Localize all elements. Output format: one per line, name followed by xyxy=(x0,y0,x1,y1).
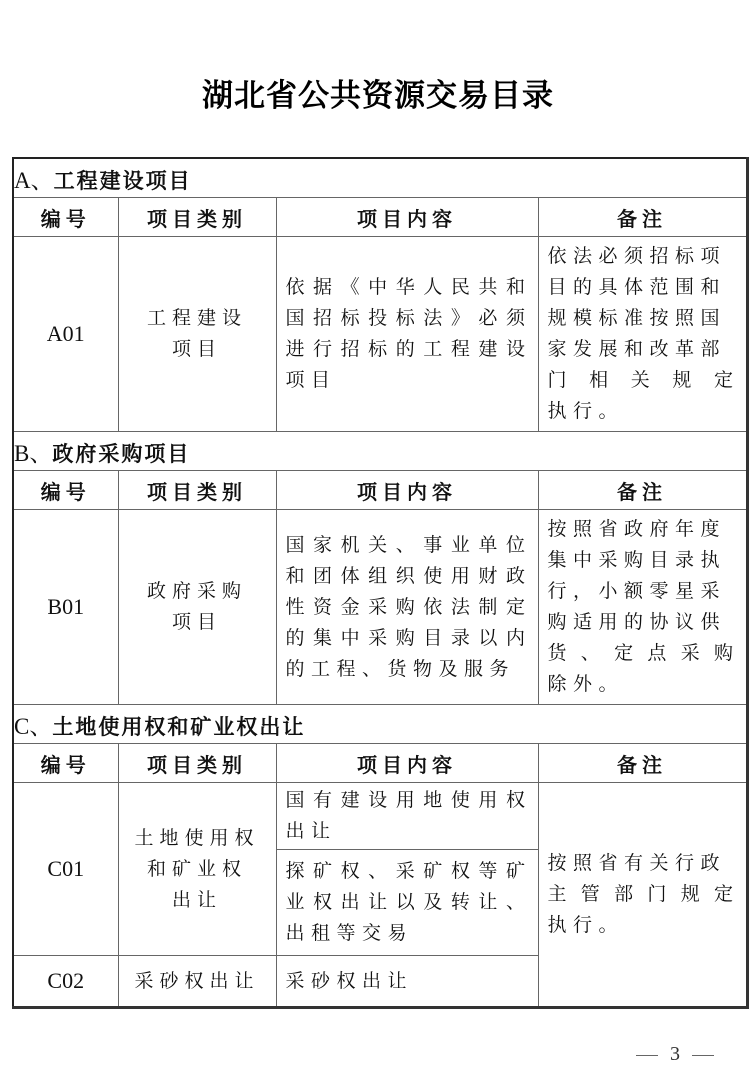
category-line: 出让 xyxy=(125,885,270,916)
table-row: C01 土地使用权 和矿业权 出让 国有建设用地使用权出让 按照省有关行政 主管… xyxy=(13,783,747,850)
section-letter: C、 xyxy=(14,714,52,739)
note-line: 货、定点采购 xyxy=(548,638,740,669)
table-row: B01 政府采购 项目 国家机关、事业单位和团体组织使用财政性资金采购依法制定的… xyxy=(13,510,747,705)
note-line: 购适用的协议供 xyxy=(548,607,740,638)
col-note: 备注 xyxy=(538,744,747,783)
page-number-value: 3 xyxy=(670,1043,680,1065)
note-line: 依法必须招标项 xyxy=(548,241,740,272)
row-content: 采砂权出让 xyxy=(276,956,538,1008)
row-content: 探矿权、采矿权等矿业权出让以及转让、出租等交易 xyxy=(276,850,538,956)
section-name: 工程建设项目 xyxy=(54,169,192,193)
note-line: 按照省有关行政 xyxy=(548,848,740,879)
col-category: 项目类别 xyxy=(118,744,276,783)
category-line: 土地使用权 xyxy=(125,823,270,854)
row-category: 工程建设 项目 xyxy=(118,237,276,432)
category-line: 项目 xyxy=(125,607,270,638)
section-b-header: B、政府采购项目 xyxy=(13,432,747,471)
page-dash-left xyxy=(636,1055,658,1056)
page-dash-right xyxy=(692,1055,714,1056)
row-note: 按照省政府年度 集中采购目录执 行，小额零星采 购适用的协议供 货、定点采购 除… xyxy=(538,510,747,705)
note-line: 除外。 xyxy=(548,669,740,700)
row-content: 依据《中华人民共和国招标投标法》必须进行招标的工程建设项目 xyxy=(276,237,538,432)
note-line: 集中采购目录执 xyxy=(548,545,740,576)
row-note: 依法必须招标项 目的具体范围和 规模标准按照国 家发展和改革部 门相关规定 执行… xyxy=(538,237,747,432)
section-letter: B、 xyxy=(14,441,52,466)
col-category: 项目类别 xyxy=(118,198,276,237)
row-code: C02 xyxy=(13,956,118,1008)
col-code: 编号 xyxy=(13,198,118,237)
note-line: 家发展和改革部 xyxy=(548,334,740,365)
col-content: 项目内容 xyxy=(276,744,538,783)
col-note: 备注 xyxy=(538,198,747,237)
row-code: C01 xyxy=(13,783,118,956)
row-category: 土地使用权 和矿业权 出让 xyxy=(118,783,276,956)
row-category: 政府采购 项目 xyxy=(118,510,276,705)
resource-catalog-table: A、工程建设项目 编号 项目类别 项目内容 备注 A01 工程建设 项目 依据《… xyxy=(12,157,749,1009)
col-code: 编号 xyxy=(13,744,118,783)
category-line: 工程建设 xyxy=(125,303,270,334)
row-code: A01 xyxy=(13,237,118,432)
row-code: B01 xyxy=(13,510,118,705)
row-content: 国家机关、事业单位和团体组织使用财政性资金采购依法制定的集中采购目录以内的工程、… xyxy=(276,510,538,705)
category-line: 和矿业权 xyxy=(125,854,270,885)
note-line: 按照省政府年度 xyxy=(548,514,740,545)
row-category: 采砂权出让 xyxy=(118,956,276,1008)
note-line: 行，小额零星采 xyxy=(548,576,740,607)
col-content: 项目内容 xyxy=(276,471,538,510)
col-note: 备注 xyxy=(538,471,747,510)
section-a-header: A、工程建设项目 xyxy=(13,158,747,198)
note-line: 目的具体范围和 xyxy=(548,272,740,303)
section-name: 土地使用权和矿业权出让 xyxy=(52,715,305,739)
column-header-row: 编号 项目类别 项目内容 备注 xyxy=(13,471,747,510)
row-note-shared: 按照省有关行政 主管部门规定 执行。 xyxy=(538,783,747,1008)
section-name: 政府采购项目 xyxy=(52,442,190,466)
note-line: 执行。 xyxy=(548,910,740,941)
section-c-header: C、土地使用权和矿业权出让 xyxy=(13,705,747,744)
page-number: 3 xyxy=(620,1043,730,1066)
note-line: 执行。 xyxy=(548,396,740,427)
note-line: 规模标准按照国 xyxy=(548,303,740,334)
col-content: 项目内容 xyxy=(276,198,538,237)
category-line: 项目 xyxy=(125,334,270,365)
section-letter: A、 xyxy=(14,168,54,193)
table-row: A01 工程建设 项目 依据《中华人民共和国招标投标法》必须进行招标的工程建设项… xyxy=(13,237,747,432)
col-category: 项目类别 xyxy=(118,471,276,510)
column-header-row: 编号 项目类别 项目内容 备注 xyxy=(13,744,747,783)
note-line: 门相关规定 xyxy=(548,365,740,396)
col-code: 编号 xyxy=(13,471,118,510)
column-header-row: 编号 项目类别 项目内容 备注 xyxy=(13,198,747,237)
note-line: 主管部门规定 xyxy=(548,879,740,910)
row-content: 国有建设用地使用权出让 xyxy=(276,783,538,850)
category-line: 政府采购 xyxy=(125,576,270,607)
document-title: 湖北省公共资源交易目录 xyxy=(0,70,756,115)
